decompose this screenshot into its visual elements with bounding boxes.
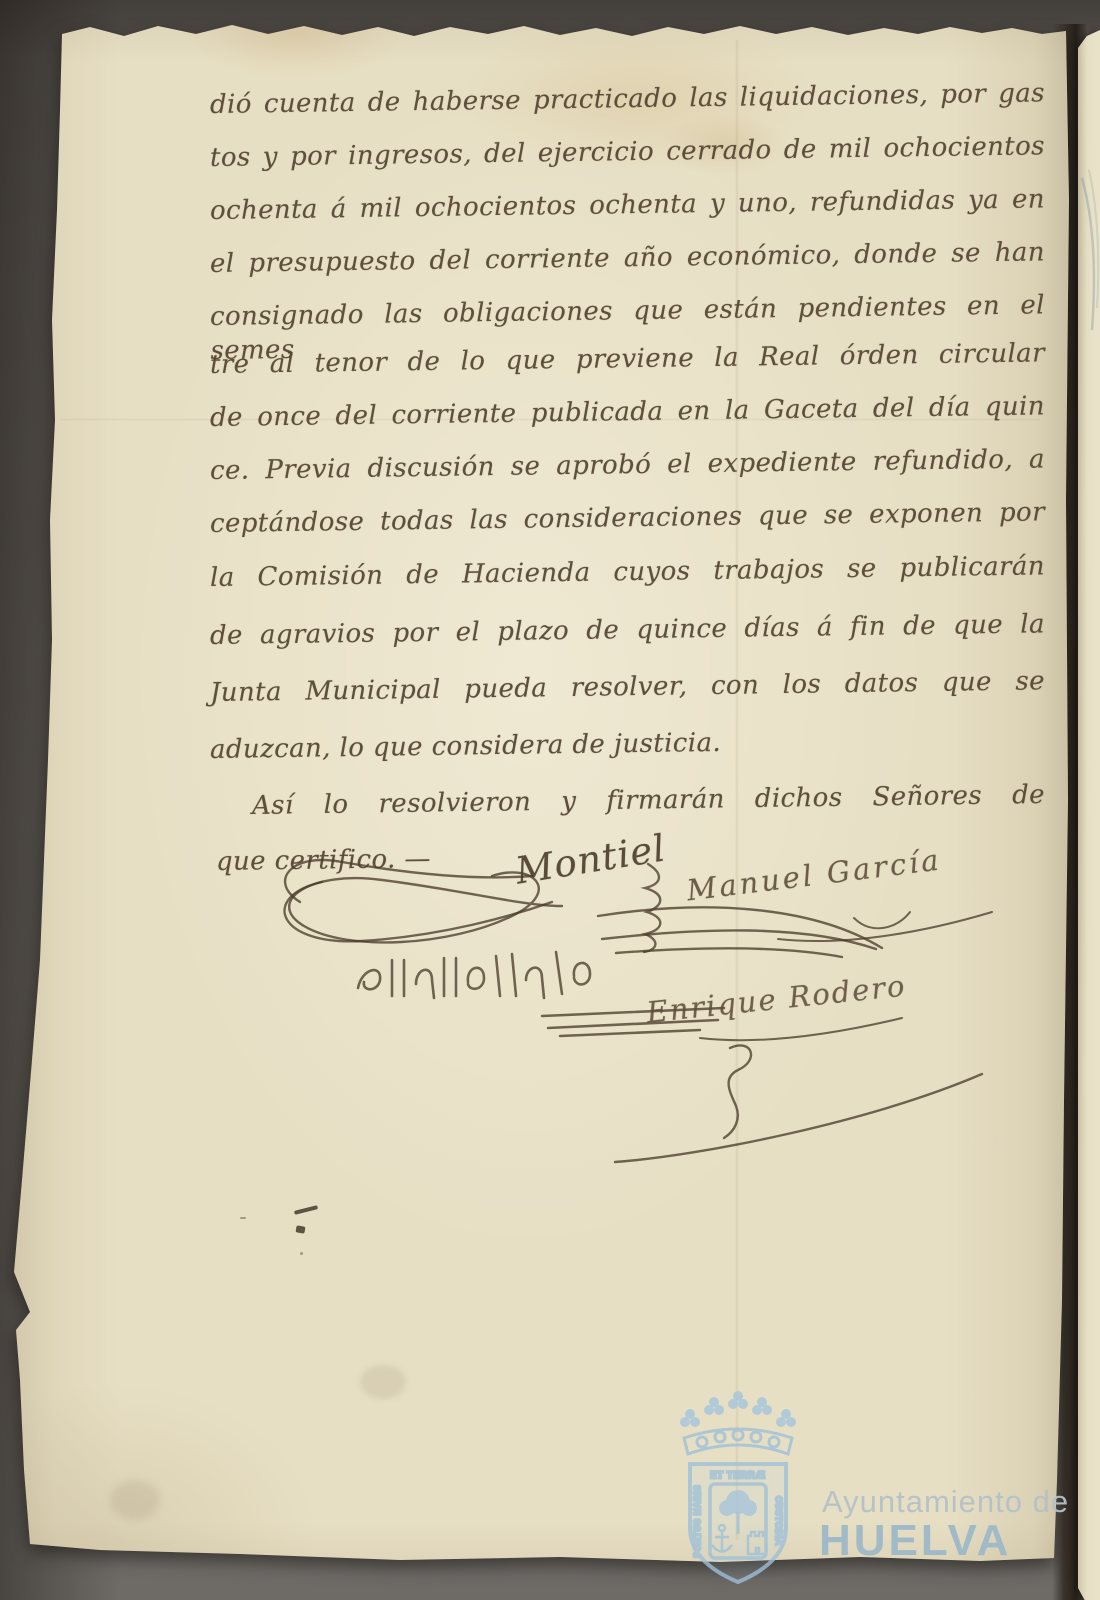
manuscript-line: el presupuesto del corriente año económi…	[210, 235, 1045, 281]
rubric-stroke	[616, 948, 842, 957]
main-page: dió cuenta de haberse practicado las liq…	[0, 0, 1100, 1600]
rubric-stroke	[854, 912, 910, 928]
manuscript-line: ce. Previa discusión se aprobó el expedi…	[210, 442, 1045, 488]
watermark-city-text: HUELVA	[819, 1516, 1011, 1566]
rubric-stroke	[285, 882, 552, 941]
rubric-stroke	[724, 1045, 751, 1138]
manuscript-line: Junta Municipal pueda resolver, con los …	[210, 664, 1045, 710]
manuscript-line: de agravios por el plazo de quince días …	[210, 607, 1045, 653]
manuscript-line: de once del corriente publicada en la Ga…	[210, 389, 1045, 435]
ink-speck	[295, 1225, 305, 1233]
manuscript-closing-line: Así lo resolvieron y firmarán dichos Señ…	[252, 778, 1045, 823]
ink-speck	[294, 1205, 318, 1215]
manuscript-line: aduzcan, lo que considera de justicia.	[210, 721, 1045, 767]
rubric-stroke	[778, 912, 992, 941]
manuscript-line: tre al tenor de lo que previene la Real …	[210, 336, 1045, 382]
ink-speck	[240, 1217, 246, 1219]
shield-motto-right: CUSTODIA	[774, 1496, 783, 1545]
watermark-institution-text: Ayuntamiento de	[822, 1484, 1069, 1520]
ink-speck	[300, 1252, 303, 1255]
smudge-stain	[110, 1480, 160, 1520]
manuscript-line: dió cuenta de haberse practicado las liq…	[210, 76, 1045, 122]
manuscript-line: la Comisión de Hacienda cuyos trabajos s…	[210, 549, 1045, 595]
manuscript-line: ceptándose todas las consideraciones que…	[210, 495, 1045, 541]
rubric-stroke	[700, 1018, 902, 1040]
smudge-stain	[360, 1365, 406, 1399]
crown-trefoils	[680, 1391, 796, 1427]
scanned-document-photo: dió cuenta de haberse practicado las liq…	[0, 0, 1100, 1600]
huelva-coat-of-arms-watermark: ET TERRÆ PORTUS MARIS CUSTODIA	[668, 1386, 808, 1600]
main-page-paper: dió cuenta de haberse practicado las liq…	[0, 0, 1100, 1600]
shield-motto-top: ET TERRÆ	[710, 1470, 765, 1480]
shield-motto-left: PORTUS MARIS	[693, 1485, 702, 1558]
rubric-stroke	[598, 907, 882, 948]
rubric-stroke	[615, 1074, 982, 1162]
manuscript-line: consignado las obligaciones que están pe…	[210, 288, 1045, 334]
manuscript-line: tos y por ingresos, del ejercicio cerrad…	[210, 129, 1045, 175]
manuscript-line: ochenta á mil ochocientos ochenta y uno,…	[210, 182, 1045, 228]
